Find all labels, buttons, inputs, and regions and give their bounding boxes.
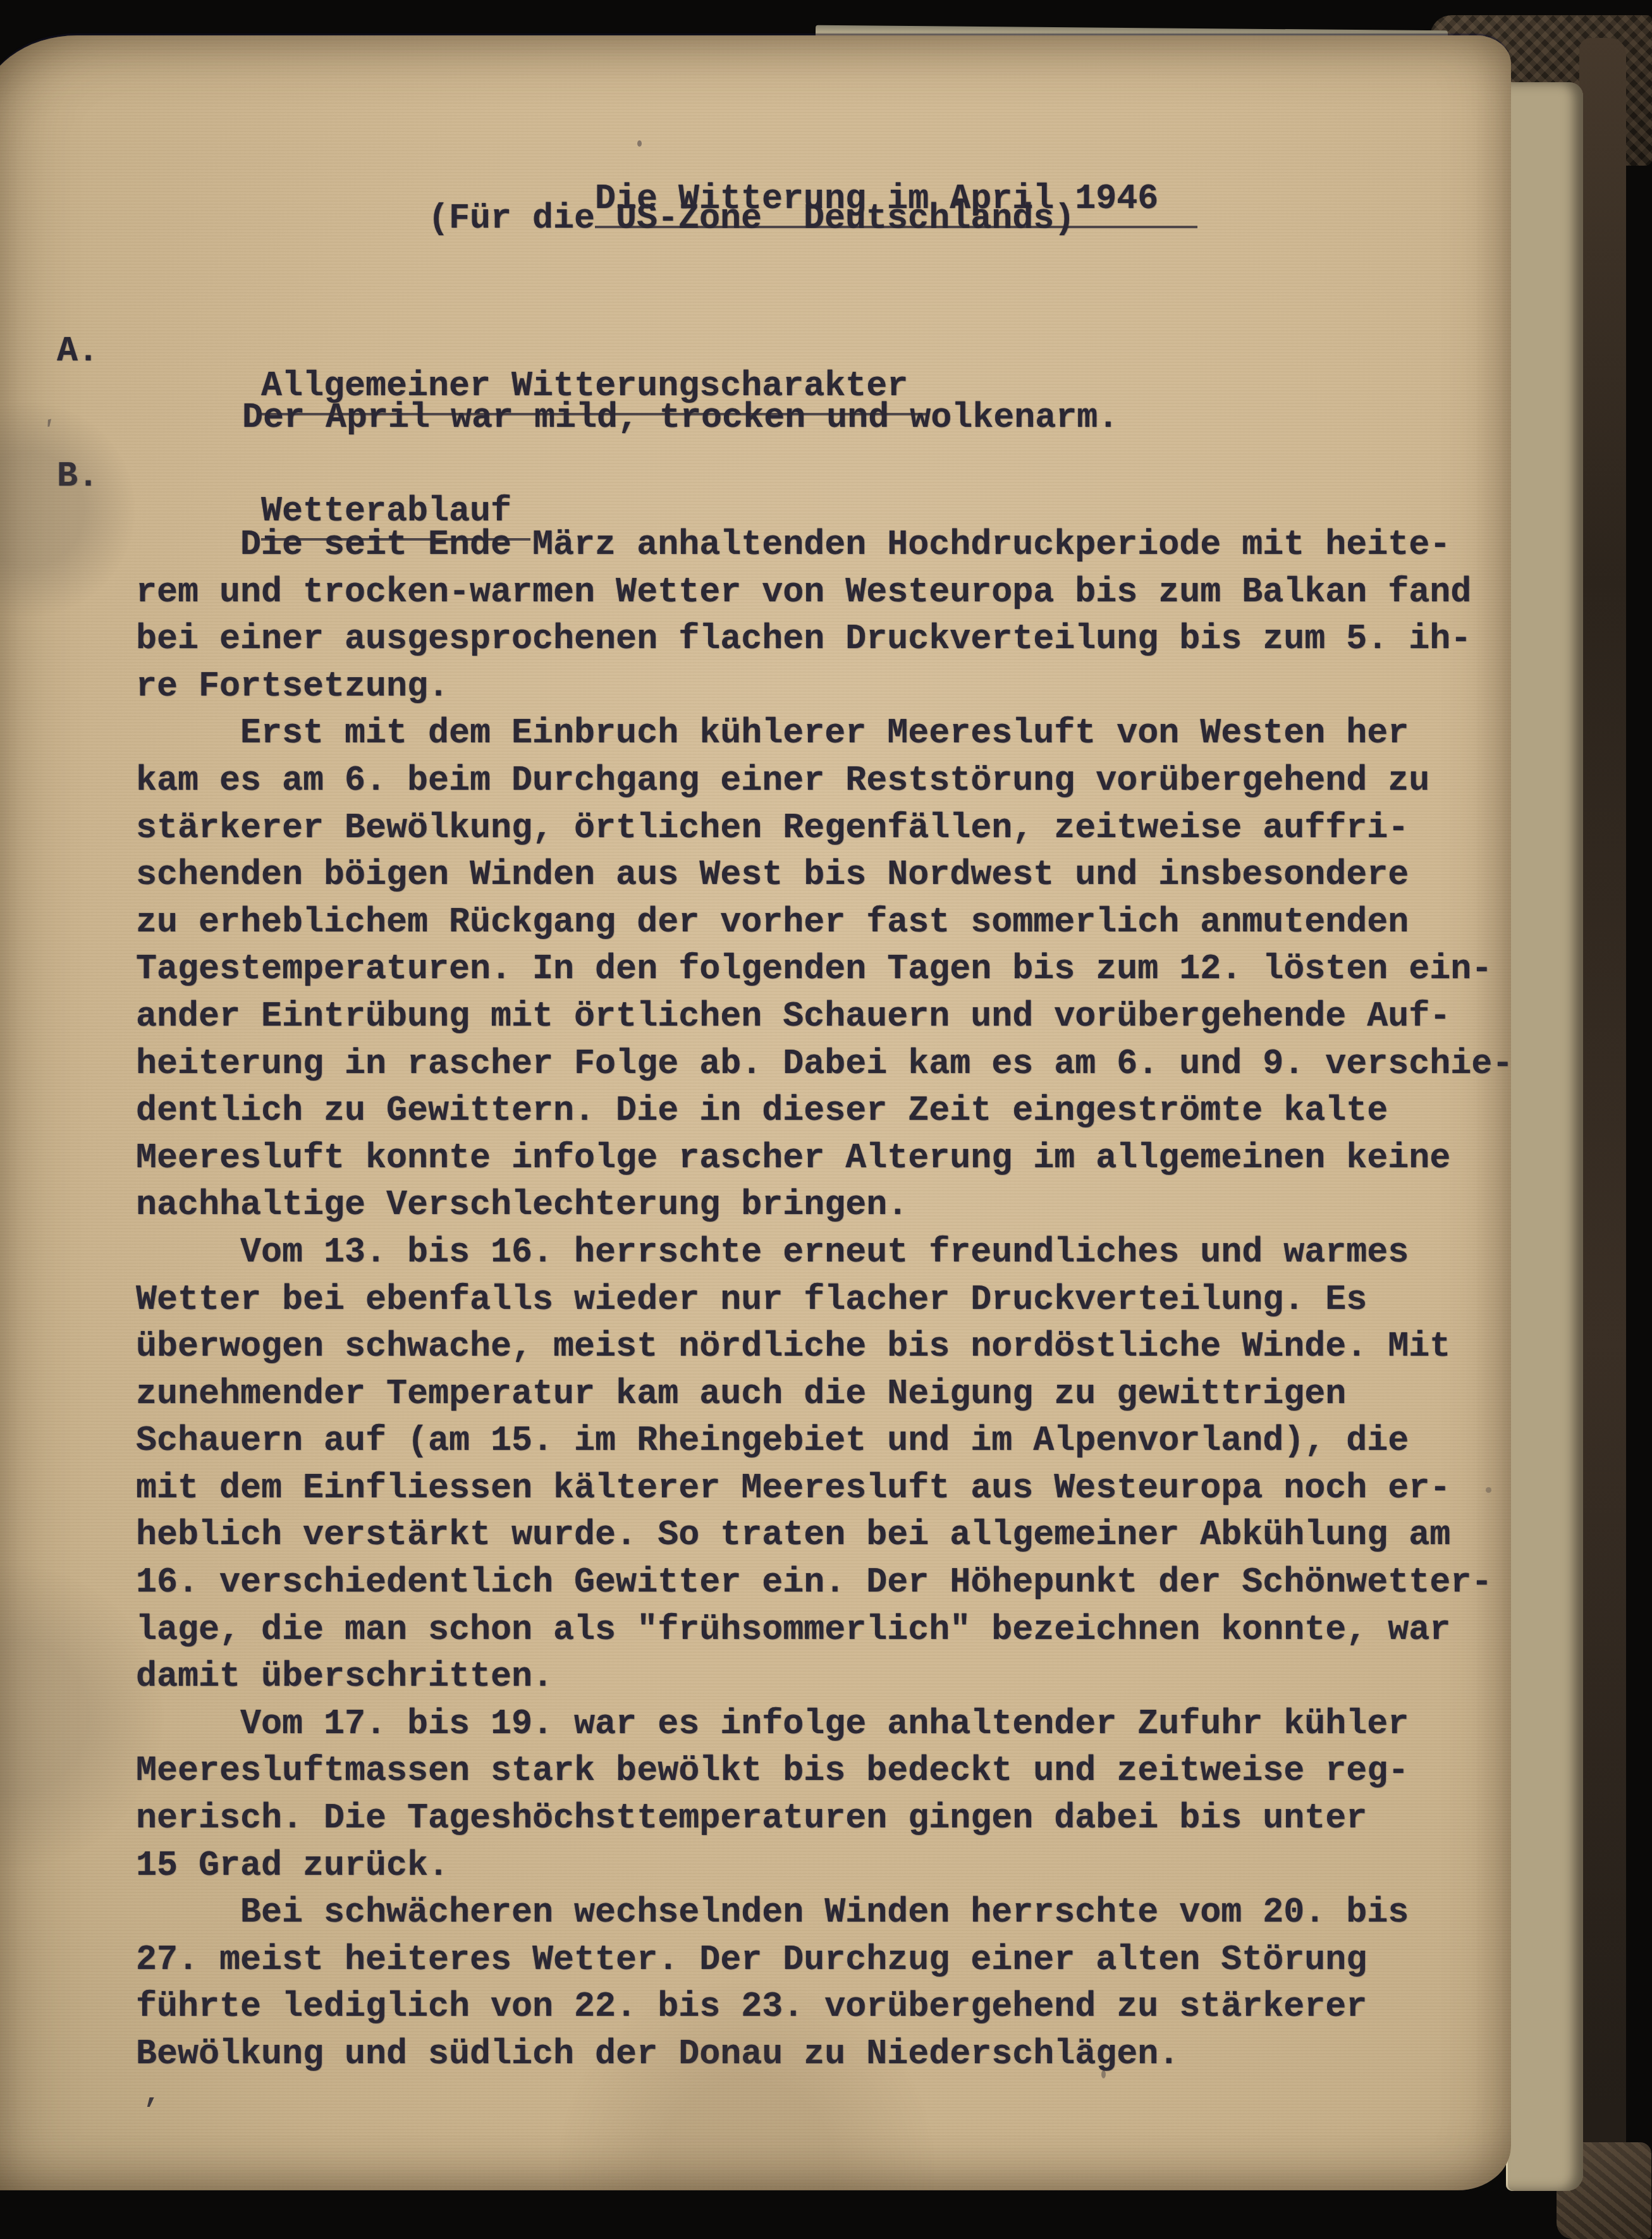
dust-speck: [1486, 1487, 1491, 1493]
text-line: zu erheblichem Rückgang der vorher fast …: [136, 899, 1565, 947]
text-line: 16. verschiedentlich Gewitter ein. Der H…: [136, 1559, 1565, 1607]
text-line: nachhaltige Verschlechterung bringen.: [136, 1182, 1565, 1229]
text-line: Tagestemperaturen. In den folgenden Tage…: [136, 946, 1565, 993]
text-line: Vom 13. bis 16. herrschte erneut freundl…: [136, 1229, 1565, 1277]
scanned-book-photo: Die Witterung im April 1946 (Für die US-…: [0, 0, 1652, 2239]
text-line: Bewölkung und südlich der Donau zu Niede…: [136, 2031, 1565, 2078]
text-line: führte lediglich von 22. bis 23. vorüber…: [136, 1984, 1565, 2031]
text-line: Meeresluft konnte infolge rascher Alteru…: [136, 1135, 1565, 1182]
text-line: Die seit Ende März anhaltenden Hochdruck…: [136, 522, 1565, 569]
text-line: stärkerer Bewölkung, örtlichen Regenfäll…: [136, 805, 1565, 852]
section-b-label: B.: [57, 459, 99, 494]
dust-speck: [1101, 2070, 1106, 2078]
ink-smudge: ,: [144, 2078, 161, 2111]
ink-smudge: ,: [40, 404, 58, 430]
text-line: re Fortsetzung.: [136, 663, 1565, 711]
text-line: zunehmender Temperatur kam auch die Neig…: [136, 1371, 1565, 1418]
text-line: Bei schwächeren wechselnden Winden herrs…: [136, 1889, 1565, 1937]
body-text: Die seit Ende März anhaltenden Hochdruck…: [136, 522, 1565, 2078]
document-page: Die Witterung im April 1946 (Für die US-…: [0, 35, 1511, 2190]
text-line: heiterung in rascher Folge ab. Dabei kam…: [136, 1041, 1565, 1088]
section-a-text: Der April war mild, trocken und wolkenar…: [242, 400, 1118, 435]
dust-speck: [637, 140, 642, 147]
text-line: 15 Grad zurück.: [136, 1843, 1565, 1890]
text-line: überwogen schwache, meist nördliche bis …: [136, 1323, 1565, 1371]
text-line: damit überschritten.: [136, 1653, 1565, 1701]
book-cover-right-edge: [1579, 38, 1626, 2213]
text-line: dentlich zu Gewittern. Die in dieser Zei…: [136, 1088, 1565, 1135]
text-line: heblich verstärkt wurde. So traten bei a…: [136, 1512, 1565, 1559]
text-line: kam es am 6. beim Durchgang einer Restst…: [136, 758, 1565, 805]
text-line: ander Eintrübung mit örtlichen Schauern …: [136, 993, 1565, 1041]
section-a-label: A.: [57, 334, 99, 369]
page-subtitle: (Für die US-Zone Deutschlands): [428, 201, 1075, 236]
text-line: Wetter bei ebenfalls wieder nur flacher …: [136, 1277, 1565, 1324]
text-line: Vom 17. bis 19. war es infolge anhaltend…: [136, 1701, 1565, 1748]
text-line: rem und trocken-warmen Wetter von Westeu…: [136, 569, 1565, 616]
text-line: mit dem Einfliessen kälterer Meeresluft …: [136, 1465, 1565, 1512]
text-line: Meeresluftmassen stark bewölkt bis bedec…: [136, 1748, 1565, 1795]
text-line: schenden böigen Winden aus West bis Nord…: [136, 852, 1565, 899]
text-line: Erst mit dem Einbruch kühlerer Meeresluf…: [136, 710, 1565, 758]
text-line: Schauern auf (am 15. im Rheingebiet und …: [136, 1418, 1565, 1465]
text-line: bei einer ausgesprochenen flachen Druckv…: [136, 616, 1565, 663]
text-line: 27. meist heiteres Wetter. Der Durchzug …: [136, 1937, 1565, 1984]
text-line: lage, die man schon als "frühsommerlich"…: [136, 1607, 1565, 1654]
text-line: nerisch. Die Tageshöchsttemperaturen gin…: [136, 1795, 1565, 1843]
